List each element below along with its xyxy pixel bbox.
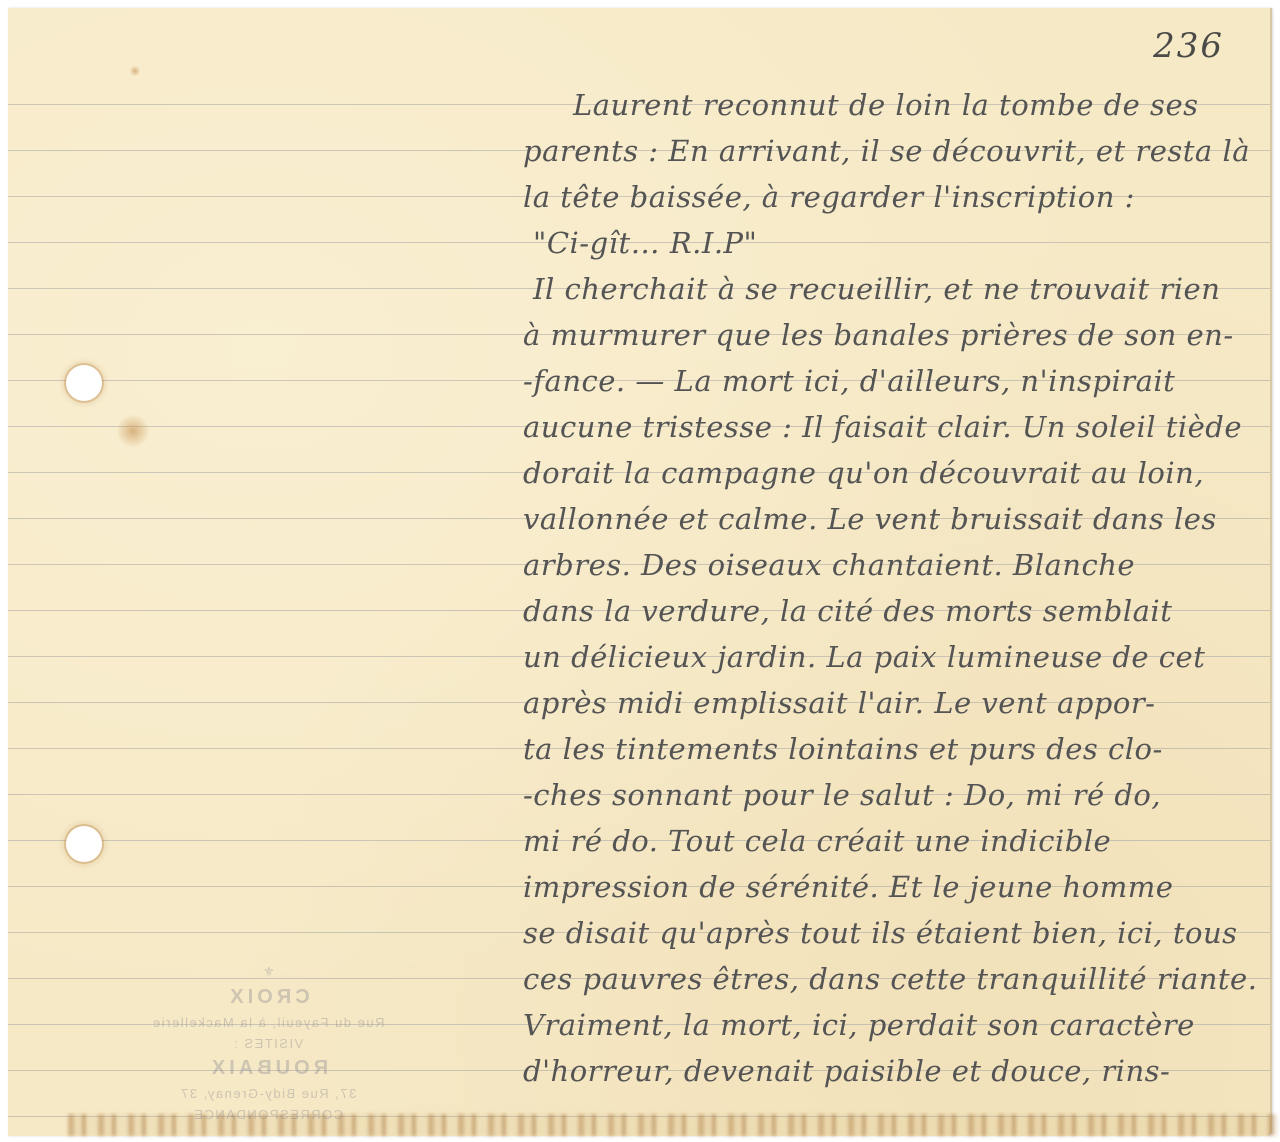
foxing-stain (130, 65, 140, 77)
text-line: Il cherchait à se recueillir, et ne trou… (533, 272, 1273, 306)
text-line: ta les tintements lointains et purs des … (523, 732, 1263, 766)
text-line: impression de sérénité. Et le jeune homm… (523, 870, 1263, 904)
text-line: ces pauvres êtres, dans cette tranquilli… (523, 962, 1263, 996)
foxing-stain (116, 414, 150, 448)
text-line: vallonnée et calme. Le vent bruissait da… (523, 502, 1263, 536)
fleur-icon: ⚜ (108, 964, 428, 980)
stamp-line: Rue du Fayeuil, à la Mackellerie (108, 1015, 428, 1030)
text-line: la tête baissée, à regarder l'inscriptio… (523, 180, 1263, 214)
text-line: mi ré do. Tout cela créait une indicible (523, 824, 1263, 858)
text-line: aucune tristesse : Il faisait clair. Un … (523, 410, 1263, 444)
stamp-line: ROUBAIX (108, 1057, 428, 1080)
stamp-line: VISITES : (108, 1036, 428, 1051)
text-line: après midi emplissait l'air. Le vent app… (523, 686, 1263, 720)
text-line: Vraiment, la mort, ici, perdait son cara… (523, 1008, 1263, 1042)
text-line: d'horreur, devenait paisible et douce, r… (523, 1054, 1263, 1088)
text-line: "Ci-gît… R.I.P" (533, 226, 1273, 260)
text-line: -fance. — La mort ici, d'ailleurs, n'ins… (523, 364, 1263, 398)
text-line: parents : En arrivant, il se découvrit, … (523, 134, 1263, 168)
text-line: dans la verdure, la cité des morts sembl… (523, 594, 1263, 628)
text-line: arbres. Des oiseaux chantaient. Blanche (523, 548, 1263, 582)
text-line: à murmurer que les banales prières de so… (523, 318, 1263, 352)
text-line: dorait la campagne qu'on découvrait au l… (523, 456, 1263, 490)
manuscript-page: 236 Laurent reconnut de loin la tombe de… (8, 8, 1272, 1136)
stamp-line: CORRESPONDANCE (108, 1107, 428, 1122)
text-line: se disait qu'après tout ils étaient bien… (523, 916, 1263, 950)
text-line: un délicieux jardin. La paix lumineuse d… (523, 640, 1263, 674)
punch-hole-bottom (66, 826, 102, 862)
faded-letterhead-stamp: ⚜ CROIX Rue du Fayeuil, à la Mackellerie… (108, 958, 428, 1128)
text-line: -ches sonnant pour le salut : Do, mi ré … (523, 778, 1263, 812)
punch-hole-top (66, 365, 102, 401)
page-number: 236 (1153, 26, 1224, 66)
text-line: Laurent reconnut de loin la tombe de ses (573, 88, 1280, 122)
stamp-line: CROIX (108, 986, 428, 1009)
stamp-line: 37, Rue Bidy-Grenay, 37 (108, 1086, 428, 1101)
